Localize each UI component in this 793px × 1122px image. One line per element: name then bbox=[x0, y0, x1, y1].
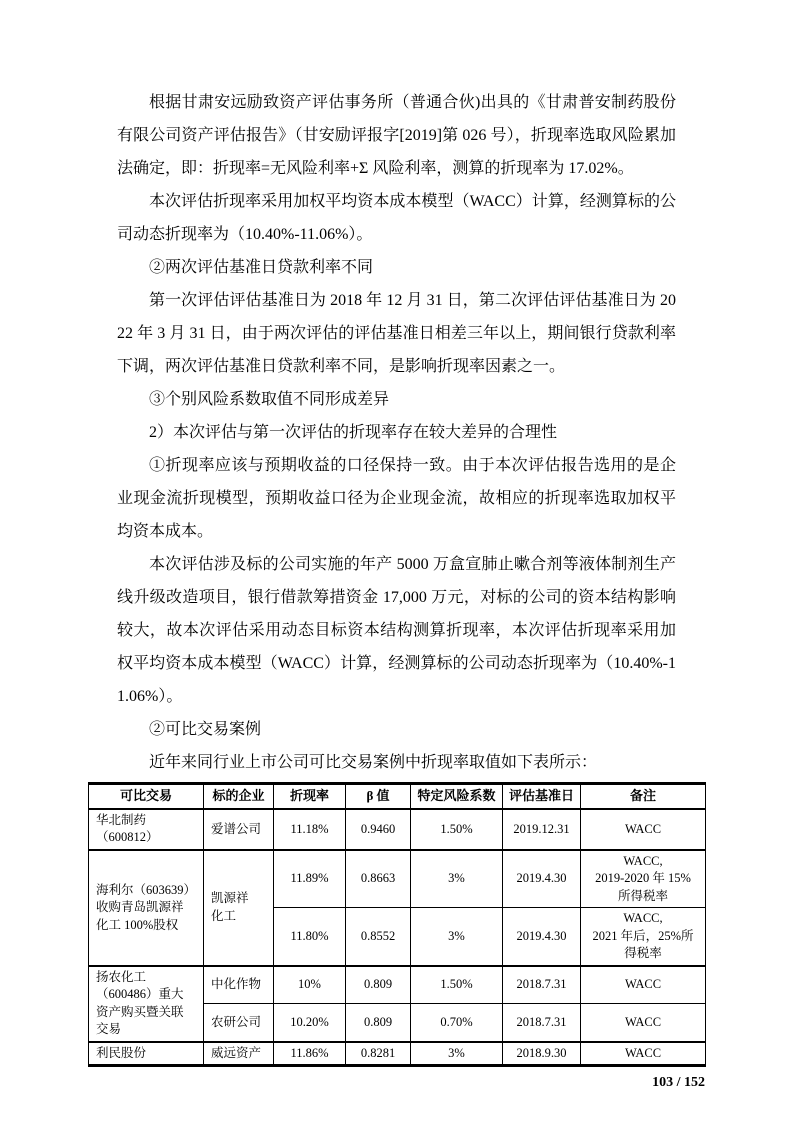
paragraph-heading-rationality: 2）本次评估与第一次评估的折现率存在较大差异的合理性 bbox=[117, 416, 676, 449]
table-cell: 利民股份 bbox=[89, 1042, 204, 1066]
table-cell: 海利尔（603639） 收购青岛凯源祥 化工 100%股权 bbox=[89, 850, 204, 966]
header-cell-target-company: 标的企业 bbox=[204, 784, 274, 809]
header-cell-beta: β 值 bbox=[346, 784, 411, 809]
table-cell: 威远资产 bbox=[204, 1042, 274, 1066]
table-cell: WACC bbox=[581, 1004, 706, 1042]
body-text: 根据甘肃安远励致资产评估事务所（普通合伙)出具的《甘肃普安制药股份有限公司资产评… bbox=[88, 86, 705, 779]
page-number: 103 / 152 bbox=[88, 1075, 705, 1091]
paragraph-heading-risk-coefficient: ③个别风险系数取值不同形成差异 bbox=[117, 383, 676, 416]
table-cell: 3% bbox=[411, 908, 503, 966]
table-row: 扬农化工 （600486）重大 资产购买暨关联 交易 中化作物 10% 0.80… bbox=[89, 966, 706, 1004]
table-cell: 凯源祥 化工 bbox=[204, 850, 274, 966]
table-cell: 爱谱公司 bbox=[204, 809, 274, 850]
header-cell-base-date: 评估基准日 bbox=[503, 784, 581, 809]
header-cell-specific-risk: 特定风险系数 bbox=[411, 784, 503, 809]
table-cell: 2018.9.30 bbox=[503, 1042, 581, 1066]
table-cell: 0.8663 bbox=[346, 850, 411, 908]
paragraph-heading-comparable-cases: ②可比交易案例 bbox=[117, 713, 676, 746]
table-cell: WACC, 2019-2020 年 15% 所得税率 bbox=[581, 850, 706, 908]
table-cell: 2019.4.30 bbox=[503, 908, 581, 966]
table-cell: 1.50% bbox=[411, 966, 503, 1004]
paragraph-base-dates: 第一次评估评估基准日为 2018 年 12 月 31 日，第二次评估评估基准日为… bbox=[117, 284, 676, 383]
table-cell: 3% bbox=[411, 1042, 503, 1066]
table-cell: 0.809 bbox=[346, 1004, 411, 1042]
table-row: 海利尔（603639） 收购青岛凯源祥 化工 100%股权 凯源祥 化工 11.… bbox=[89, 850, 706, 908]
header-cell-comparable-transaction: 可比交易 bbox=[89, 784, 204, 809]
table-row: 华北制药 （600812） 爱谱公司 11.18% 0.9460 1.50% 2… bbox=[89, 809, 706, 850]
table-row: 利民股份 威远资产 11.86% 0.8281 3% 2018.9.30 WAC… bbox=[89, 1042, 706, 1066]
table-cell: 华北制药 （600812） bbox=[89, 809, 204, 850]
table-cell: 11.86% bbox=[274, 1042, 346, 1066]
table-cell: WACC bbox=[581, 809, 706, 850]
table-header-row: 可比交易 标的企业 折现率 β 值 特定风险系数 评估基准日 备注 bbox=[89, 784, 706, 809]
table-cell: 0.809 bbox=[346, 966, 411, 1004]
table-cell: 0.8552 bbox=[346, 908, 411, 966]
table-cell: 2019.4.30 bbox=[503, 850, 581, 908]
table-cell: 扬农化工 （600486）重大 资产购买暨关联 交易 bbox=[89, 966, 204, 1042]
table-cell: 农研公司 bbox=[204, 1004, 274, 1042]
table-cell: 2018.7.31 bbox=[503, 966, 581, 1004]
table-cell: 0.70% bbox=[411, 1004, 503, 1042]
table-cell: 11.18% bbox=[274, 809, 346, 850]
table-cell: 0.8281 bbox=[346, 1042, 411, 1066]
header-cell-discount-rate: 折现率 bbox=[274, 784, 346, 809]
paragraph-wacc-result: 本次评估折现率采用加权平均资本成本模型（WACC）计算，经测算标的公司动态折现率… bbox=[117, 185, 676, 251]
paragraph-discount-rate-caliber: ①折现率应该与预期收益的口径保持一致。由于本次评估报告选用的是企业现金流折现模型… bbox=[117, 449, 676, 548]
document-page: 根据甘肃安远励致资产评估事务所（普通合伙)出具的《甘肃普安制药股份有限公司资产评… bbox=[0, 0, 793, 1122]
table-cell: 1.50% bbox=[411, 809, 503, 850]
table-cell: 10% bbox=[274, 966, 346, 1004]
comparable-transactions-table: 可比交易 标的企业 折现率 β 值 特定风险系数 评估基准日 备注 华北制药 （… bbox=[88, 782, 706, 1067]
table-cell: 10.20% bbox=[274, 1004, 346, 1042]
header-cell-remark: 备注 bbox=[581, 784, 706, 809]
table-cell: WACC bbox=[581, 1042, 706, 1066]
table-cell: 中化作物 bbox=[204, 966, 274, 1004]
table-cell: 11.89% bbox=[274, 850, 346, 908]
paragraph-project-capital-structure: 本次评估涉及标的公司实施的年产 5000 万盒宣肺止嗽合剂等液体制剂生产线升级改… bbox=[117, 548, 676, 713]
paragraph-basis-of-valuation: 根据甘肃安远励致资产评估事务所（普通合伙)出具的《甘肃普安制药股份有限公司资产评… bbox=[117, 86, 676, 185]
paragraph-heading-loan-rate-difference: ②两次评估基准日贷款利率不同 bbox=[117, 251, 676, 284]
table-cell: 3% bbox=[411, 850, 503, 908]
table-cell: 2019.12.31 bbox=[503, 809, 581, 850]
table-cell: 0.9460 bbox=[346, 809, 411, 850]
table-cell: WACC, 2021 年后，25%所 得税率 bbox=[581, 908, 706, 966]
table-cell: WACC bbox=[581, 966, 706, 1004]
paragraph-table-intro: 近年来同行业上市公司可比交易案例中折现率取值如下表所示： bbox=[117, 746, 676, 779]
table-cell: 2018.7.31 bbox=[503, 1004, 581, 1042]
table-cell: 11.80% bbox=[274, 908, 346, 966]
